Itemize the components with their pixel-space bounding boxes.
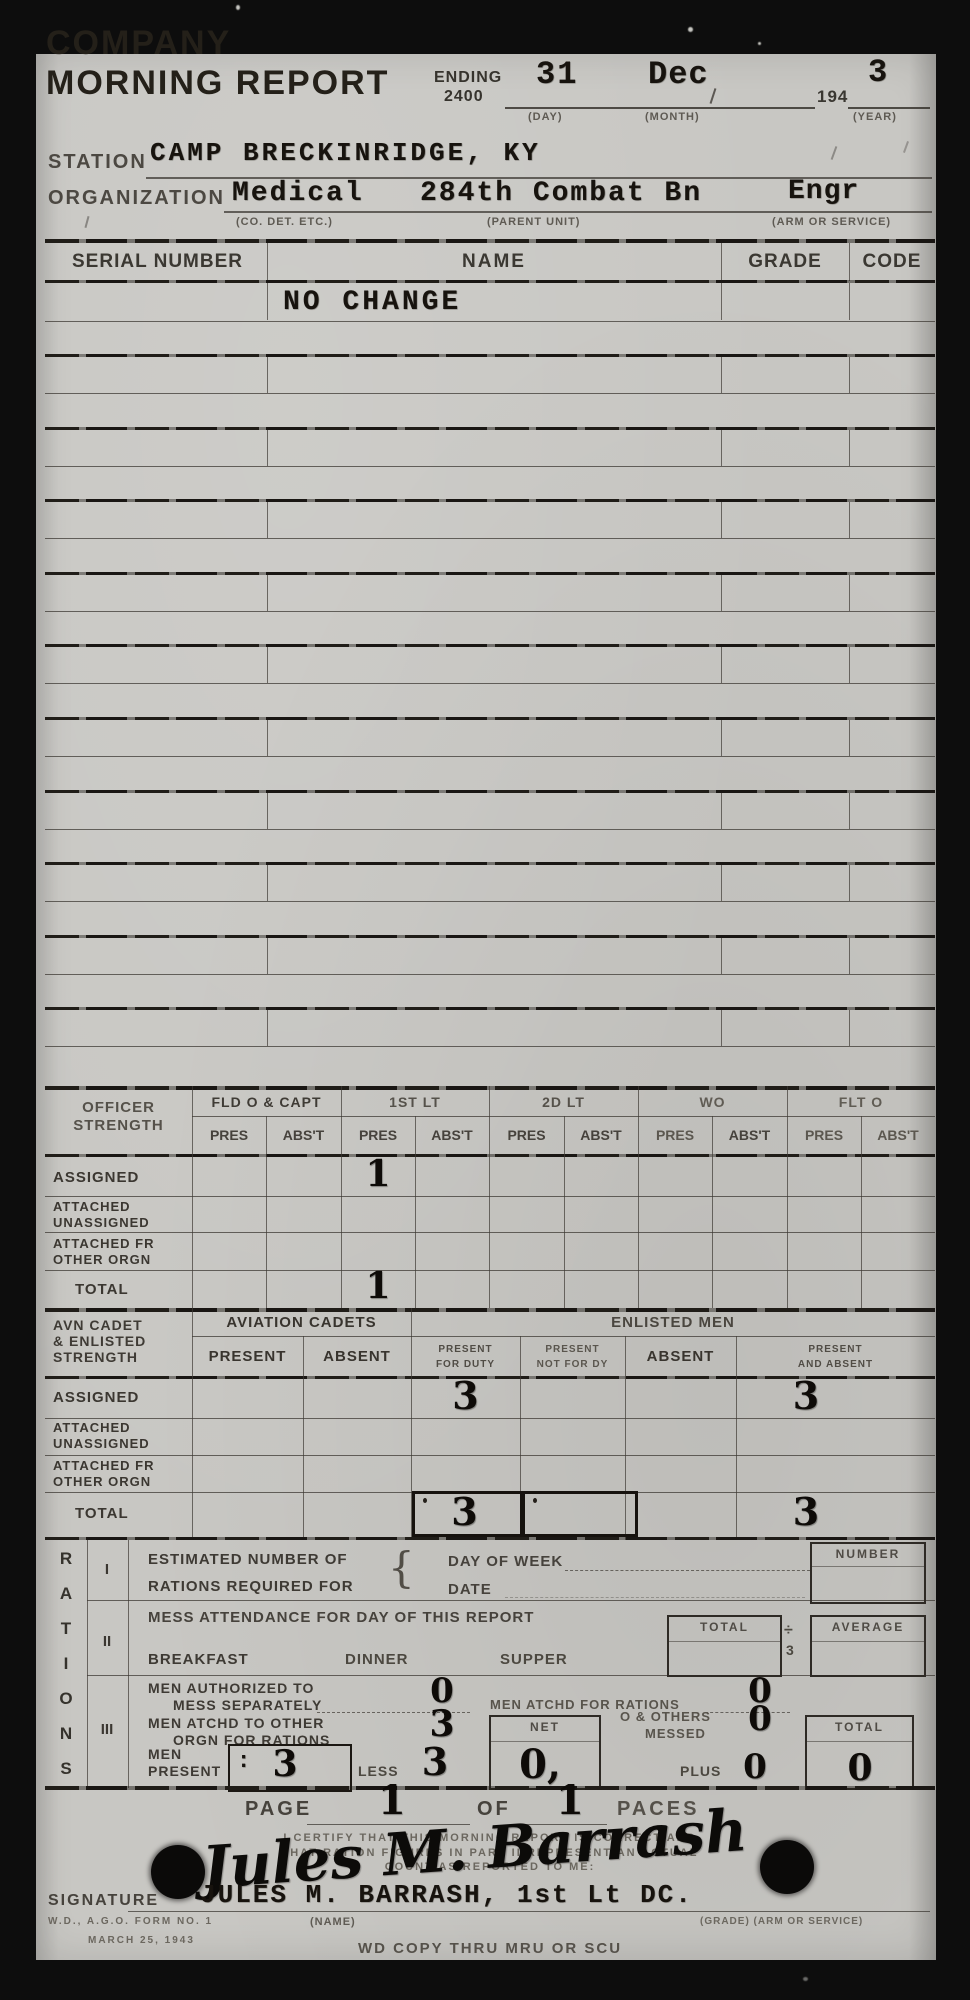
row-divider xyxy=(721,1010,722,1046)
rations-total-box-label: TOTAL xyxy=(807,1721,912,1734)
row-divider xyxy=(267,357,268,393)
parent-caption: (PARENT UNIT) xyxy=(487,217,580,229)
rations-letter: S xyxy=(53,1760,79,1778)
officer-sub-divider xyxy=(266,1116,267,1308)
enlisted-header-3: STRENGTH xyxy=(53,1350,138,1365)
officer-assigned-1stlt-pres-value: 1 xyxy=(341,1156,415,1194)
row-divider xyxy=(267,502,268,538)
officer-top-rule xyxy=(45,1086,935,1090)
enlisted-row-rule xyxy=(45,1418,935,1419)
officer-strength-header-1: OFFICER xyxy=(45,1100,192,1116)
enlisted-divider xyxy=(192,1308,193,1540)
form-title-line2: MORNING REPORT xyxy=(46,66,389,102)
name-caption: (NAME) xyxy=(310,1917,356,1929)
rations-divider xyxy=(128,1540,129,1788)
ending-2400-label: 2400 xyxy=(444,89,484,106)
scan-speck xyxy=(803,1977,808,1981)
rations-letter: T xyxy=(53,1620,79,1638)
enlisted-row-att-fr-1: ATTACHED FR xyxy=(53,1459,155,1473)
parent-unit-value: 284th Combat Bn xyxy=(420,179,702,208)
men-present-colon: : xyxy=(237,1750,250,1773)
col-header-serial: SERIAL NUMBER xyxy=(60,252,255,272)
day-of-week-label: DAY OF WEEK xyxy=(448,1554,563,1570)
enlisted-col-pnfd-line1: PRESENT xyxy=(520,1342,625,1357)
rations-letter: R xyxy=(53,1550,79,1568)
roster-row-rule xyxy=(45,321,935,322)
year-prefix: 194 xyxy=(817,88,848,106)
rations-letter: I xyxy=(53,1655,79,1673)
row-divider xyxy=(267,720,268,756)
ending-label: ENDING xyxy=(434,70,502,87)
year-value: 3 xyxy=(868,56,887,90)
divisor: 3 xyxy=(786,1643,794,1658)
atchd-other-line1: MEN ATCHD TO OTHER xyxy=(148,1716,324,1731)
mess-total-box-divider xyxy=(669,1641,780,1642)
less-value: 3 xyxy=(405,1742,465,1782)
row-divider xyxy=(267,430,268,466)
row-bottom-rule xyxy=(45,901,935,902)
officer-total-1stlt-pres-value: 1 xyxy=(341,1268,415,1306)
net-box-label: NET xyxy=(491,1721,599,1734)
rations-roman-ii: II xyxy=(93,1634,121,1650)
row-divider xyxy=(721,502,722,538)
plus-label: PLUS xyxy=(680,1764,721,1779)
officer-group-fldo: FLD O & CAPT xyxy=(192,1095,341,1110)
rations-letter: N xyxy=(53,1725,79,1743)
officer-divider xyxy=(638,1086,639,1308)
enlisted-assigned-pa-value: 3 xyxy=(736,1376,876,1416)
row-divider xyxy=(849,865,850,901)
plus-value: 0 xyxy=(725,1750,785,1786)
roster-empty-row xyxy=(45,790,935,830)
officer-sub-abst-4: ABS'T xyxy=(712,1128,787,1143)
rations-bottom-rule xyxy=(45,1786,935,1790)
row-top-rule xyxy=(45,572,935,575)
signature-underline xyxy=(128,1911,930,1912)
officer-group-1stlt: 1ST LT xyxy=(341,1095,489,1110)
roster-empty-row xyxy=(45,499,935,539)
officer-subheader-rule xyxy=(45,1154,935,1157)
row-divider xyxy=(721,720,722,756)
rations-i-line1: ESTIMATED NUMBER OF xyxy=(148,1552,348,1568)
enlisted-col-pfd-line1: PRESENT xyxy=(411,1342,520,1357)
row-divider xyxy=(849,647,850,683)
roster-empty-row xyxy=(45,644,935,684)
officer-divider xyxy=(787,1086,788,1308)
enlisted-row-total: TOTAL xyxy=(75,1506,129,1522)
date-fill-line xyxy=(505,1597,805,1598)
enlisted-row-att-fr-2: OTHER ORGN xyxy=(53,1475,151,1489)
row-bottom-rule xyxy=(45,829,935,830)
officer-row-att-fr-1: ATTACHED FR xyxy=(53,1237,155,1251)
roster-top-rule xyxy=(45,239,935,243)
form-title-line1: COMPANY xyxy=(46,26,231,62)
officer-sub-divider xyxy=(564,1116,565,1308)
rations-i-line2: RATIONS REQUIRED FOR xyxy=(148,1579,354,1595)
enlisted-strength-table: AVN CADET & ENLISTED STRENGTH AVIATION C… xyxy=(45,1308,935,1540)
row-top-rule xyxy=(45,427,935,430)
rations-letter: A xyxy=(53,1585,79,1603)
enlisted-col-pfd-line2: FOR DUTY xyxy=(411,1357,520,1372)
officer-row-rule xyxy=(45,1270,935,1271)
number-box-divider xyxy=(812,1566,924,1567)
officer-sub-divider xyxy=(712,1116,713,1308)
row-divider xyxy=(849,720,850,756)
station-value: CAMP BRECKINRIDGE, KY xyxy=(150,140,541,167)
row-divider xyxy=(267,938,268,974)
enlisted-group-enlisted: ENLISTED MEN xyxy=(411,1315,935,1331)
rations-total-value: 0 xyxy=(830,1750,890,1788)
enlisted-col-pnfd-line2: NOT FOR DY xyxy=(520,1357,625,1372)
signature-label: SIGNATURE xyxy=(48,1893,159,1910)
arm-caption: (ARM OR SERVICE) xyxy=(772,217,891,229)
date-label: DATE xyxy=(448,1582,492,1598)
officer-row-att-fr-2: OTHER ORGN xyxy=(53,1253,151,1267)
enlisted-assigned-pfd-value: 3 xyxy=(411,1376,520,1416)
supper-label: SUPPER xyxy=(500,1652,568,1668)
others-messed-line1: O & OTHERS xyxy=(620,1710,711,1724)
day-caption: (DAY) xyxy=(528,112,563,124)
row-divider xyxy=(267,575,268,611)
roster-empty-row xyxy=(45,354,935,394)
col-header-code: CODE xyxy=(849,252,935,272)
scan-speck xyxy=(236,5,240,10)
officer-row-rule xyxy=(45,1232,935,1233)
mess-total-box-label: TOTAL xyxy=(669,1621,780,1634)
rations-roman-i: I xyxy=(93,1562,121,1578)
officer-row-rule xyxy=(45,1196,935,1197)
row-bottom-rule xyxy=(45,466,935,467)
form-date: MARCH 25, 1943 xyxy=(88,1936,195,1947)
hole-punch-right xyxy=(760,1840,814,1894)
month-caption: (MONTH) xyxy=(645,112,700,124)
arm-service-value: Engr xyxy=(788,177,859,206)
grade-caption: (GRADE) (ARM OR SERVICE) xyxy=(700,1917,863,1928)
month-value: Dec xyxy=(648,58,709,92)
enlisted-col-pa-line1: PRESENT xyxy=(736,1342,935,1357)
row-divider xyxy=(849,430,850,466)
breakfast-label: BREAKFAST xyxy=(148,1652,249,1668)
day-value: 31 xyxy=(536,58,578,92)
row-divider xyxy=(721,793,722,829)
auth-mess-line1: MEN AUTHORIZED TO xyxy=(148,1681,314,1696)
pen-tick xyxy=(533,1498,537,1503)
row-divider xyxy=(721,430,722,466)
roster-empty-row xyxy=(45,717,935,757)
row-divider xyxy=(721,357,722,393)
officer-sub-divider xyxy=(415,1116,416,1308)
roster-header-rule xyxy=(45,280,935,283)
enlisted-col-pnfd: PRESENT NOT FOR DY xyxy=(520,1342,625,1372)
mess-average-box-label: AVERAGE xyxy=(812,1621,924,1634)
organization-underline xyxy=(224,211,932,213)
mess-average-box-divider xyxy=(812,1641,924,1642)
hole-punch-left xyxy=(151,1845,205,1899)
row-top-rule xyxy=(45,717,935,720)
officer-sub-pres-4: PRES xyxy=(638,1128,712,1143)
officer-row-assigned: ASSIGNED xyxy=(53,1170,139,1186)
enlisted-row-att-unassigned-2: UNASSIGNED xyxy=(53,1437,150,1451)
row-bottom-rule xyxy=(45,974,935,975)
roster-empty-row xyxy=(45,1007,935,1047)
enlisted-total-pa-value: 3 xyxy=(736,1492,876,1532)
others-messed-line2: MESSED xyxy=(645,1727,706,1741)
row-divider xyxy=(849,1010,850,1046)
enlisted-row-att-unassigned-1: ATTACHED xyxy=(53,1421,131,1435)
scan-speck xyxy=(758,42,761,45)
scan-speck xyxy=(688,27,693,32)
roster-col-divider xyxy=(721,283,722,320)
row-top-rule xyxy=(45,644,935,647)
enlisted-col-absent: ABSENT xyxy=(303,1349,411,1365)
number-box-label: NUMBER xyxy=(812,1548,924,1561)
row-divider xyxy=(721,647,722,683)
rations-total-box-divider xyxy=(807,1741,912,1742)
officer-sub-divider xyxy=(861,1116,862,1308)
roster-empty-rows xyxy=(45,354,935,1054)
typed-signature-name: JULES M. BARRASH, 1st Lt DC. xyxy=(200,1882,693,1909)
row-divider xyxy=(849,357,850,393)
officer-row-att-unassigned-1: ATTACHED xyxy=(53,1200,131,1214)
row-top-rule xyxy=(45,862,935,865)
auth-mess-line2: MESS SEPARATELY xyxy=(173,1698,322,1713)
form-id: W.D., A.G.O. FORM NO. 1 xyxy=(48,1917,213,1928)
dinner-label: DINNER xyxy=(345,1652,409,1668)
officer-sub-abst-3: ABS'T xyxy=(564,1128,638,1143)
roster-empty-row xyxy=(45,862,935,902)
col-header-name: NAME xyxy=(267,252,721,272)
men-present-line1: MEN xyxy=(148,1747,182,1762)
officer-sub-pres-5: PRES xyxy=(787,1128,861,1143)
officer-divider xyxy=(489,1086,490,1308)
roster-empty-row xyxy=(45,572,935,612)
year-underline xyxy=(848,107,930,109)
row-divider xyxy=(849,938,850,974)
officer-group-wo: WO xyxy=(638,1095,787,1110)
row-divider xyxy=(849,793,850,829)
enlisted-row-rule xyxy=(45,1455,935,1456)
roster-empty-row xyxy=(45,935,935,975)
officer-sub-abst-1: ABS'T xyxy=(266,1128,341,1143)
row-bottom-rule xyxy=(45,756,935,757)
enlisted-col-pfd: PRESENT FOR DUTY xyxy=(411,1342,520,1372)
roster-col-divider xyxy=(849,283,850,320)
enlisted-col-pa: PRESENT AND ABSENT xyxy=(736,1342,935,1372)
officer-sub-abst-2: ABS'T xyxy=(415,1128,489,1143)
distribution-note: WD COPY THRU MRU OR SCU xyxy=(358,1941,622,1957)
row-divider xyxy=(721,938,722,974)
officer-sub-pres-3: PRES xyxy=(489,1128,564,1143)
row-divider xyxy=(267,1010,268,1046)
row-bottom-rule xyxy=(45,683,935,684)
co-caption: (CO. DET. ETC.) xyxy=(236,217,333,229)
row-divider xyxy=(267,647,268,683)
rations-roman-iii: III xyxy=(93,1722,121,1738)
others-messed-value: 0 xyxy=(735,1702,785,1738)
enlisted-top-rule xyxy=(45,1308,935,1312)
page-number-value: 1 xyxy=(378,1780,406,1822)
officer-divider xyxy=(192,1086,193,1308)
men-present-line2: PRESENT xyxy=(148,1764,221,1779)
scanned-morning-report: COMPANY MORNING REPORT ENDING 2400 31 De… xyxy=(0,0,970,2000)
row-bottom-rule xyxy=(45,538,935,539)
col-header-grade: GRADE xyxy=(721,252,849,272)
enlisted-header-1: AVN CADET xyxy=(53,1318,143,1333)
organization-label: ORGANIZATION xyxy=(48,188,225,209)
enlisted-sub-divider xyxy=(303,1336,304,1540)
officer-row-total: TOTAL xyxy=(75,1282,129,1298)
row-divider xyxy=(849,575,850,611)
row-bottom-rule xyxy=(45,1046,935,1047)
enlisted-col-enl-absent: ABSENT xyxy=(625,1349,736,1365)
enlisted-group-cadets: AVIATION CADETS xyxy=(192,1315,411,1331)
year-caption: (YEAR) xyxy=(853,112,897,124)
row-bottom-rule xyxy=(45,611,935,612)
roster-empty-row xyxy=(45,427,935,467)
page-label: PAGE xyxy=(245,1799,312,1820)
enlisted-header-2: & ENLISTED xyxy=(53,1334,146,1349)
row-top-rule xyxy=(45,499,935,502)
enlisted-row-assigned: ASSIGNED xyxy=(53,1390,139,1406)
rations-section-rule xyxy=(87,1600,935,1601)
row-bottom-rule xyxy=(45,393,935,394)
rations-letter: O xyxy=(53,1690,79,1708)
officer-group-flto: FLT O xyxy=(787,1095,935,1110)
total-pnfd-hand-box xyxy=(522,1491,638,1537)
roster-col-divider xyxy=(267,283,268,320)
row-divider xyxy=(849,502,850,538)
row-top-rule xyxy=(45,935,935,938)
officer-strength-table: OFFICER STRENGTH FLD O & CAPT 1ST LT 2D … xyxy=(45,1086,935,1308)
row-divider xyxy=(267,865,268,901)
enlisted-col-pa-line2: AND ABSENT xyxy=(736,1357,935,1372)
enlisted-total-pfd-value: 3 xyxy=(412,1492,517,1532)
mess-average-box: AVERAGE xyxy=(810,1615,926,1677)
row-divider xyxy=(721,575,722,611)
divide-sign: ÷ xyxy=(784,1623,793,1640)
brace-glyph: { xyxy=(388,1546,415,1590)
organization-value: Medical xyxy=(232,179,364,208)
rations-ii-title: MESS ATTENDANCE FOR DAY OF THIS REPORT xyxy=(148,1610,534,1626)
officer-sub-abst-5: ABS'T xyxy=(861,1128,935,1143)
row-top-rule xyxy=(45,354,935,357)
station-label: STATION xyxy=(48,152,147,173)
mess-total-box: TOTAL xyxy=(667,1615,782,1677)
rations-section: R A T I O N S I II III ESTIMATED NUMBER … xyxy=(45,1540,935,1790)
roster-entry-no-change: NO CHANGE xyxy=(283,288,461,317)
day-of-week-fill-line xyxy=(565,1570,810,1571)
enlisted-col-present: PRESENT xyxy=(192,1349,303,1365)
rations-section-rule xyxy=(87,1675,935,1676)
officer-group-2dlt: 2D LT xyxy=(489,1095,638,1110)
officer-strength-header-2: STRENGTH xyxy=(45,1118,192,1134)
men-present-value: 3 xyxy=(255,1746,315,1784)
row-divider xyxy=(267,793,268,829)
day-month-underline xyxy=(505,107,815,109)
officer-sub-pres-2: PRES xyxy=(341,1128,415,1143)
row-top-rule xyxy=(45,1007,935,1010)
row-top-rule xyxy=(45,790,935,793)
number-box: NUMBER xyxy=(810,1542,926,1604)
row-divider xyxy=(721,865,722,901)
rations-divider xyxy=(87,1540,88,1788)
officer-row-att-unassigned-2: UNASSIGNED xyxy=(53,1216,150,1230)
officer-sub-pres-1: PRES xyxy=(192,1128,266,1143)
